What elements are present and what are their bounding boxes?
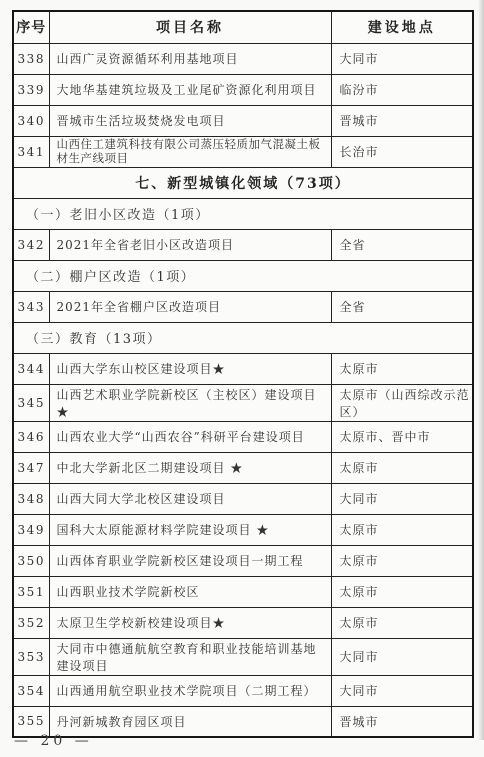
table-row: （一）老旧小区改造（1项） [13,198,473,229]
project-location: 太原市、晋中市 [331,421,473,452]
row-number: 339 [13,74,49,105]
project-location: 全省 [331,229,473,260]
subsection-header: （三）教育（13项） [13,322,473,353]
table-row: 3422021年全省老旧小区改造项目全省 [13,229,473,260]
project-location: 晋城市 [331,105,473,136]
project-name: 山西通用航空职业技术学院项目（二期工程） [49,675,331,706]
table-row: （二）棚户区改造（1项） [13,260,473,291]
column-header-number: 序号 [13,11,49,43]
row-number: 348 [13,483,49,514]
project-name: 山西大学东山校区建设项目★ [49,353,331,384]
section-header: 七、新型城镇化领域（73项） [13,167,473,198]
row-number: 344 [13,353,49,384]
project-location: 大同市 [331,638,473,675]
table-row: 344山西大学东山校区建设项目★太原市 [13,353,473,384]
table-row: 3432021年全省棚户区改造项目全省 [13,291,473,322]
row-number: 351 [13,576,49,607]
table-row: 349国科大太原能源材料学院建设项目 ★太原市 [13,514,473,545]
table-row: 338山西广灵资源循环利用基地项目大同市 [13,43,473,74]
row-number: 353 [13,638,49,675]
project-table-body: 338山西广灵资源循环利用基地项目大同市339大地华基建筑垃圾及工业尾矿资源化利… [13,43,473,737]
project-name: 太原卫生学校新校建设项目★ [49,607,331,638]
project-location: 太原市（山西综改示范区） [331,384,473,421]
row-number: 342 [13,229,49,260]
project-location: 太原市 [331,452,473,483]
document-page: 序号 项目名称 建设地点 338山西广灵资源循环利用基地项目大同市339大地华基… [0,0,484,757]
row-number: 350 [13,545,49,576]
table-row: 339大地华基建筑垃圾及工业尾矿资源化利用项目临汾市 [13,74,473,105]
column-header-location: 建设地点 [331,11,473,43]
subsection-header: （二）棚户区改造（1项） [13,260,473,291]
project-name: 山西农业大学“山西农谷”科研平台建设项目 [49,421,331,452]
row-number: 345 [13,384,49,421]
project-location: 太原市 [331,607,473,638]
table-row: 350山西体育职业学院新校区建设项目一期工程太原市 [13,545,473,576]
row-number: 354 [13,675,49,706]
page-number: — 20 — [14,733,93,749]
project-location: 全省 [331,291,473,322]
table-row: 351山西职业技术学院新校区太原市 [13,576,473,607]
project-name: 中北大学新北区二期建设项目 ★ [49,452,331,483]
table-row: 347中北大学新北区二期建设项目 ★太原市 [13,452,473,483]
table-row: 352太原卫生学校新校建设项目★太原市 [13,607,473,638]
row-number: 343 [13,291,49,322]
project-location: 大同市 [331,483,473,514]
table-row: （三）教育（13项） [13,322,473,353]
project-name: 山西住工建筑科技有限公司蒸压轻质加气混凝土板材生产线项目 [49,136,331,167]
project-location: 大同市 [331,43,473,74]
project-name: 2021年全省棚户区改造项目 [49,291,331,322]
project-location: 太原市 [331,353,473,384]
row-number: 352 [13,607,49,638]
row-number: 341 [13,136,49,167]
scan-edge-shadow [478,0,484,740]
subsection-header: （一）老旧小区改造（1项） [13,198,473,229]
table-row: 346山西农业大学“山西农谷”科研平台建设项目太原市、晋中市 [13,421,473,452]
row-number: 338 [13,43,49,74]
row-number: 347 [13,452,49,483]
project-name: 大地华基建筑垃圾及工业尾矿资源化利用项目 [49,74,331,105]
project-location: 临汾市 [331,74,473,105]
row-number: 346 [13,421,49,452]
column-header-project-name: 项目名称 [49,11,331,43]
table-row: 345山西艺术职业学院新校区（主校区）建设项目★太原市（山西综改示范区） [13,384,473,421]
project-name: 山西大同大学北校区建设项目 [49,483,331,514]
project-location: 太原市 [331,545,473,576]
table-row: 354山西通用航空职业技术学院项目（二期工程）大同市 [13,675,473,706]
project-name: 大同市中德通航航空教育和职业技能培训基地建设项目 [49,638,331,675]
project-name: 山西艺术职业学院新校区（主校区）建设项目★ [49,384,331,421]
table-row: 七、新型城镇化领域（73项） [13,167,473,198]
row-number: 349 [13,514,49,545]
project-location: 长治市 [331,136,473,167]
row-number: 340 [13,105,49,136]
project-location: 太原市 [331,514,473,545]
table-row: 348山西大同大学北校区建设项目大同市 [13,483,473,514]
table-row: 341山西住工建筑科技有限公司蒸压轻质加气混凝土板材生产线项目长治市 [13,136,473,167]
table-row: 340晋城市生活垃圾焚烧发电项目晋城市 [13,105,473,136]
project-name: 山西体育职业学院新校区建设项目一期工程 [49,545,331,576]
project-location: 太原市 [331,576,473,607]
project-location: 大同市 [331,675,473,706]
project-name: 山西职业技术学院新校区 [49,576,331,607]
project-name: 2021年全省老旧小区改造项目 [49,229,331,260]
project-location: 晋城市 [331,706,473,737]
table-header-row: 序号 项目名称 建设地点 [13,11,473,43]
project-name: 山西广灵资源循环利用基地项目 [49,43,331,74]
project-name: 晋城市生活垃圾焚烧发电项目 [49,105,331,136]
project-table: 序号 项目名称 建设地点 338山西广灵资源循环利用基地项目大同市339大地华基… [12,10,474,738]
table-row: 353大同市中德通航航空教育和职业技能培训基地建设项目大同市 [13,638,473,675]
project-name: 国科大太原能源材料学院建设项目 ★ [49,514,331,545]
